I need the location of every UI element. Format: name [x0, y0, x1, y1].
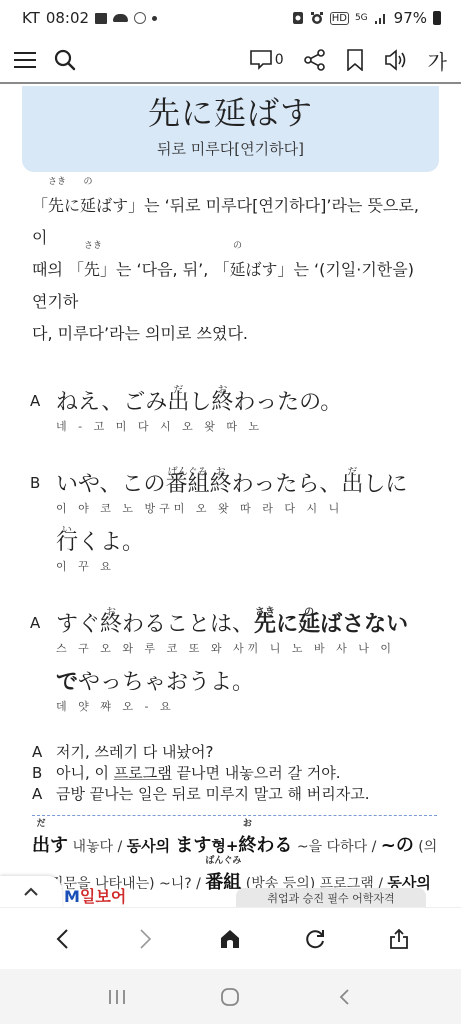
furigana: だ	[167, 386, 189, 396]
furigana: ばんぐみ	[166, 468, 210, 478]
home-icon	[219, 928, 241, 950]
menu-button[interactable]	[14, 51, 36, 69]
translation-line: B아니, 이 프로그램 끝나면 내놓으러 갈 거야.	[32, 763, 441, 784]
gallery-notification-icon	[95, 13, 107, 24]
speaker-label: A	[30, 600, 56, 716]
bookmark-button[interactable]	[346, 49, 364, 71]
home-button[interactable]	[210, 919, 250, 959]
furigana: の	[298, 608, 320, 618]
dialogue-body: いや、この番組ばんぐみ終おわったら、出だしに이 야 코 노 방구미 오 왓 따 …	[56, 460, 441, 576]
translation-line: A금방 끝나는 일은 뒤로 미루지 말고 해 버리자고.	[32, 784, 441, 805]
chevron-left-icon	[55, 928, 69, 950]
expression-title-japanese: 先に延ばす	[22, 88, 439, 134]
explanation-line-2: 때의 「先さき」는 ‘다음, 뒤’, 「延のばす」는 ‘(기일·기한을) 연기하	[32, 254, 431, 318]
expression-header: 先に延ばす 뒤로 미루다[연기하다]	[22, 86, 439, 172]
speaker-icon	[384, 49, 408, 71]
furigana: お	[100, 608, 122, 618]
korean-pronunciation: 스 구 오 와 루 코 또 와 사끼 니 노 바 사 나 이	[56, 640, 441, 658]
battery-percent: 97%	[394, 9, 427, 27]
comments-button[interactable]: 0	[250, 50, 284, 70]
dialogue-turn: Aねえ、ごみ出だし終おわったの。네 - 고 미 다 시 오 왓 따 노	[30, 378, 441, 436]
expression-title-korean: 뒤로 미루다[연기하다]	[22, 138, 439, 159]
lock-screen-icon	[292, 11, 304, 25]
share-upload-icon	[388, 928, 410, 950]
korean-pronunciation: 이 야 코 노 방구미 오 왓 따 라 다 시 니	[56, 500, 441, 518]
reload-icon	[304, 928, 326, 950]
dialogue-turn: Bいや、この番組ばんぐみ終おわったら、出だしに이 야 코 노 방구미 오 왓 따…	[30, 460, 441, 576]
chevron-right-icon	[139, 928, 153, 950]
browser-bottom-bar	[0, 907, 461, 969]
battery-icon	[433, 11, 441, 25]
forward-button[interactable]	[126, 919, 166, 959]
furigana: お	[211, 386, 233, 396]
comment-count: 0	[275, 52, 284, 68]
system-home-icon	[220, 987, 240, 1007]
hamburger-menu-icon	[14, 51, 36, 69]
search-icon	[54, 49, 76, 71]
share-page-button[interactable]	[379, 919, 419, 959]
dialogue-turn: Aすぐ終おわることは、先さきに延のばさない스 구 오 와 루 코 또 와 사끼 …	[30, 600, 441, 716]
speaker-label: A	[30, 378, 56, 436]
cloud-notification-icon	[113, 14, 128, 22]
korean-pronunciation: 데 얏 쨔 오 - 요	[56, 698, 441, 716]
translation-line: A저기, 쓰레기 다 내놨어?	[32, 742, 441, 763]
scroll-to-top-button[interactable]	[0, 876, 62, 908]
korean-pronunciation: 네 - 고 미 다 시 오 왓 따 노	[56, 418, 441, 436]
share-icon	[304, 49, 326, 71]
speaker-label: B	[30, 460, 56, 576]
hd-voice-icon: HD	[330, 12, 349, 25]
japanese-sentence: ねえ、ごみ出だし終おわったの。	[56, 378, 441, 418]
furigana: お	[210, 468, 232, 478]
comment-icon	[250, 50, 272, 70]
alarm-icon	[310, 11, 324, 25]
status-bar: KT 08:02 HD 5G 97%	[0, 0, 461, 36]
dialogue-section: Aねえ、ごみ出だし終おわったの。네 - 고 미 다 시 오 왓 따 노Bいや、こ…	[30, 378, 441, 716]
search-button[interactable]	[54, 49, 76, 71]
dialogue-body: すぐ終おわることは、先さきに延のばさない스 구 오 와 루 코 또 와 사끼 니…	[56, 600, 441, 716]
furigana: い	[56, 526, 78, 536]
text-to-speech-button[interactable]	[384, 49, 408, 71]
5g-network-icon: 5G	[355, 14, 368, 23]
signal-strength-icon	[374, 12, 388, 24]
ad-banner-row: M일보어 취업과 승진 필수 어학자격	[0, 876, 461, 908]
clock: 08:02	[46, 9, 89, 27]
reload-button[interactable]	[295, 919, 335, 959]
article-content: 先に延ばす 뒤로 미루다[연기하다] 「先さきに延のばす」는 ‘뒤로 미루다[연…	[0, 86, 461, 908]
recent-apps-icon	[107, 988, 127, 1006]
system-back-icon	[338, 988, 350, 1006]
more-notifications-dot-icon	[152, 16, 157, 21]
furigana: だ	[341, 468, 363, 478]
back-button[interactable]	[42, 919, 82, 959]
share-button[interactable]	[304, 49, 326, 71]
explanation-paragraph: 「先さきに延のばす」는 ‘뒤로 미루다[연기하다]’라는 뜻으로, 이 때의 「…	[32, 190, 431, 350]
chevron-up-icon	[23, 887, 39, 897]
japanese-sentence: でやっちゃおうよ。	[56, 658, 441, 698]
furigana: さき	[254, 608, 276, 618]
japanese-sentence: 行いくよ。	[56, 518, 441, 558]
explanation-line-3: 다, 미루다’라는 의미로 쓰였다.	[32, 318, 431, 350]
font-size-button[interactable]: 가	[428, 46, 447, 75]
sound-notification-icon	[134, 12, 146, 24]
bookmark-icon	[346, 49, 364, 71]
translation-section: A저기, 쓰레기 다 내놨어? B아니, 이 프로그램 끝나면 내놓으러 갈 거…	[32, 742, 441, 805]
section-divider	[32, 815, 437, 816]
japanese-sentence: すぐ終おわることは、先さきに延のばさない	[56, 600, 441, 640]
dialogue-body: ねえ、ごみ出だし終おわったの。네 - 고 미 다 시 오 왓 따 노	[56, 378, 441, 436]
system-home-button[interactable]	[210, 977, 250, 1017]
japanese-sentence: いや、この番組ばんぐみ終おわったら、出だしに	[56, 460, 441, 500]
system-navigation-bar	[0, 969, 461, 1024]
app-toolbar: 0 가	[0, 38, 461, 84]
korean-pronunciation: 이 꾸 요	[56, 558, 441, 576]
system-back-button[interactable]	[324, 977, 364, 1017]
recent-apps-button[interactable]	[97, 977, 137, 1017]
carrier-label: KT	[22, 9, 40, 27]
ad-logo[interactable]: M일보어	[64, 884, 126, 907]
